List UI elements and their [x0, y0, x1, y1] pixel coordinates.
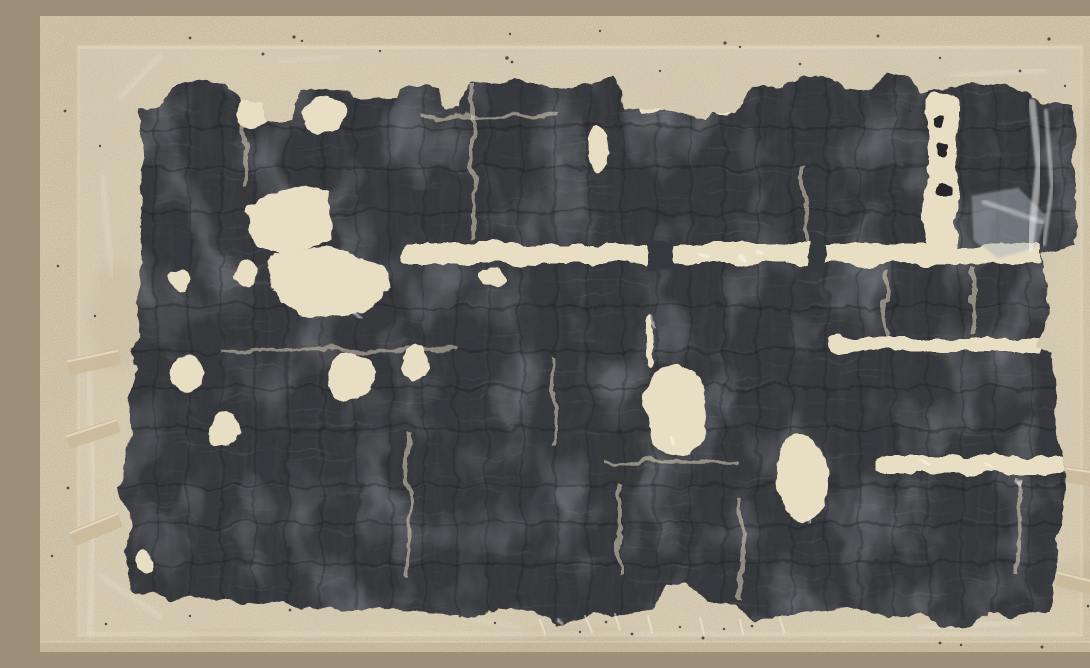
artifact-scene — [40, 16, 1090, 652]
lacuna-hole — [403, 346, 427, 382]
paper-speck — [939, 57, 941, 59]
paper-speck — [723, 41, 726, 44]
lacuna-hole — [136, 551, 156, 575]
paper-speck — [94, 315, 96, 317]
paper-speck — [67, 487, 70, 490]
paper-speck — [960, 644, 962, 646]
lacuna-hole — [171, 268, 191, 294]
paper-speck — [555, 623, 558, 626]
papyrus-fleck — [932, 116, 942, 126]
paper-speck — [1047, 37, 1050, 40]
paper-speck — [262, 53, 265, 56]
paper-speck — [909, 110, 912, 113]
paper-speck — [1087, 605, 1090, 608]
paper-speck — [511, 61, 514, 64]
paper-speck — [939, 642, 942, 645]
paper-speck — [189, 37, 192, 40]
lacuna-hole — [589, 129, 607, 173]
paper-speck — [379, 50, 381, 52]
papyrus-charred-mass — [110, 61, 1085, 631]
paper-speck — [64, 110, 67, 113]
paper-speck — [189, 615, 191, 617]
papyrus-bridge — [650, 240, 676, 270]
lacuna-hole — [647, 316, 653, 371]
paper-speck — [459, 615, 462, 618]
card-bottom-shade — [40, 642, 1090, 652]
lacuna-hole — [326, 353, 376, 401]
lacuna-hole — [926, 96, 958, 248]
paper-speck — [99, 145, 101, 147]
paper-speck — [1069, 111, 1072, 114]
paper-speck — [57, 265, 60, 268]
paper-speck — [877, 35, 880, 38]
paper-speck — [631, 633, 634, 636]
papyrus-bridge — [808, 240, 824, 270]
paper-speck — [1064, 85, 1066, 87]
lacuna-hole — [209, 411, 239, 445]
lacuna-hole — [478, 270, 506, 288]
paper-speck — [605, 621, 608, 624]
paper-speck — [702, 637, 705, 640]
paper-speck — [659, 70, 661, 72]
paper-speck — [1019, 70, 1022, 73]
paper-speck — [292, 35, 295, 38]
paper-speck — [739, 46, 741, 48]
paper-speck — [494, 622, 496, 624]
paper-speck — [1041, 646, 1044, 649]
lacuna-hole — [830, 338, 1045, 352]
lacuna-hole — [776, 436, 828, 520]
lacuna-hole — [303, 98, 347, 134]
paper-speck — [51, 555, 53, 557]
paper-speck — [579, 631, 581, 633]
paper-speck — [289, 609, 292, 612]
lacuna-hole — [233, 256, 257, 288]
paper-speck — [599, 30, 601, 32]
lacuna-hole — [169, 356, 207, 390]
paper-speck — [384, 607, 386, 609]
lacuna-hole — [876, 456, 1066, 474]
papyrus-fleck — [936, 144, 948, 160]
paper-speck — [301, 40, 303, 42]
paper-speck — [799, 63, 802, 66]
paper-speck — [679, 626, 681, 628]
paper-speck — [509, 33, 511, 35]
paper-speck — [505, 56, 509, 60]
lacuna-hole — [645, 364, 707, 456]
paper-speck — [751, 625, 754, 628]
papyrus-fragment-photo — [40, 16, 1090, 652]
paper-speck — [723, 628, 725, 630]
paper-speck — [105, 623, 108, 626]
papyrus-fleck — [938, 184, 950, 196]
